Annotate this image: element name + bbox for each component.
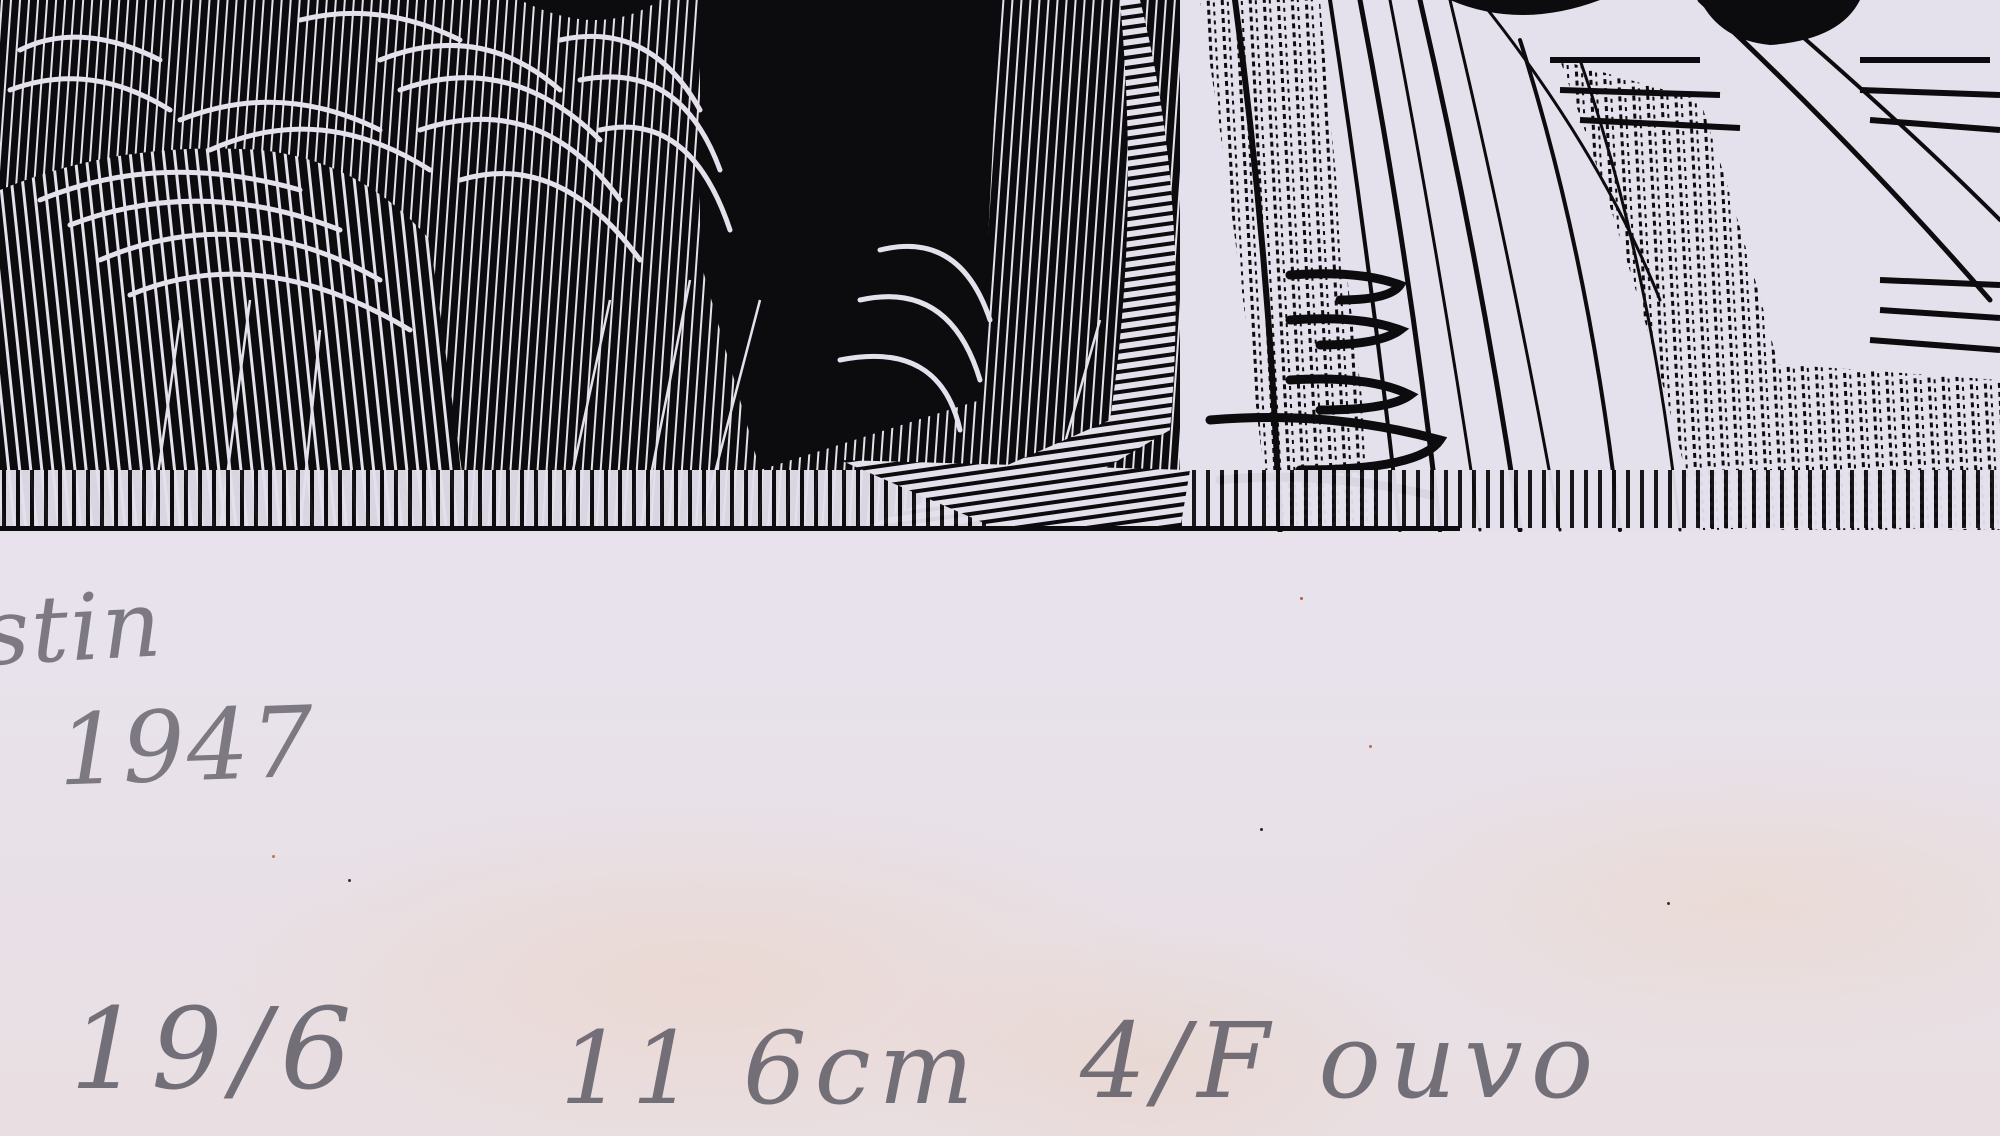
print-size-note: 11 6cm [560,1010,982,1127]
paper-speck [1369,745,1372,748]
edition-number: 19/6 [70,985,362,1115]
paper-speck [348,879,351,882]
paper-speck [1300,597,1303,600]
path-region [1180,0,2000,530]
price-note: 4/F ouvo [1080,1000,1601,1122]
reeds-region [0,0,1180,530]
paper-speck [272,855,275,858]
artwork-photo: stin 1947 19/6 11 6cm 4/F ouvo [0,0,2000,1136]
woodcut-print-image [0,0,2000,532]
paper-speck [1667,902,1670,905]
paper-speck [1260,828,1263,831]
signature-year: 1947 [56,686,317,809]
artist-signature: stin [0,570,166,686]
